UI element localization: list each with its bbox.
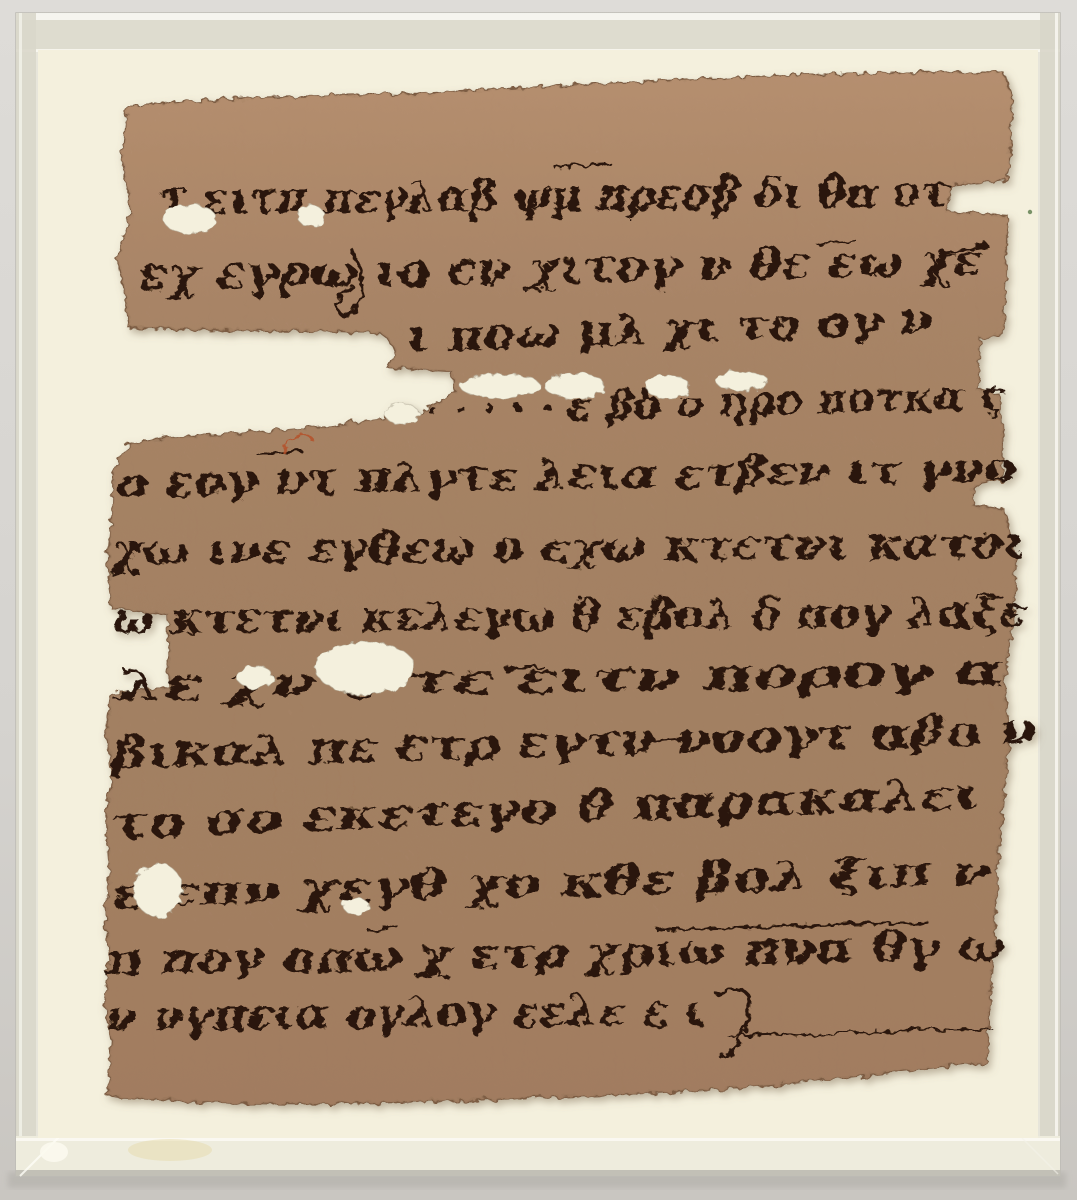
- hole: [164, 204, 216, 234]
- glass-bevel-top: [16, 20, 1060, 50]
- glass-edge-right-highlight: [1055, 13, 1058, 1176]
- hole: [545, 373, 605, 399]
- hole: [237, 666, 273, 688]
- hole: [343, 898, 369, 914]
- glass-edge-bottom-shade: [16, 1170, 1060, 1176]
- glass-edge-top-highlight: [16, 13, 1060, 20]
- glass-corner-chip: [40, 1142, 68, 1162]
- photograph: τ ειτπ πεγλαβ ψμ πρεσβ δι θα οτ εχ εγρω …: [0, 0, 1077, 1200]
- papyrus-fragment: τ ειτπ πεγλαβ ψμ πρεσβ δι θα οτ εχ εγρω …: [90, 60, 1037, 1120]
- artifact-photo: τ ειτπ πεγλαβ ψμ πρεσβ δι θα οτ εχ εγρω …: [0, 0, 1077, 1200]
- hole: [315, 642, 415, 694]
- hole: [134, 863, 182, 917]
- hole: [716, 371, 768, 391]
- hole: [298, 205, 324, 227]
- hole: [385, 404, 419, 424]
- text-line: χω ινε εγθεω ο εχω κτετνι κατοι: [108, 518, 1027, 575]
- hole: [646, 375, 690, 399]
- text-line: ν νγπεια ογλογ εελε ε ι: [106, 986, 706, 1040]
- green-speck: [1028, 210, 1032, 214]
- text-line: τ ειτπ πεγλαβ ψμ πρεσβ δι θα οτ: [160, 167, 951, 225]
- text-line: ω κτετνι κελεγω θ εβολ δ πογ λαξε: [112, 587, 1027, 644]
- glass-edge-left-highlight: [19, 13, 22, 1176]
- hole: [460, 374, 540, 398]
- mount-stain: [128, 1139, 212, 1161]
